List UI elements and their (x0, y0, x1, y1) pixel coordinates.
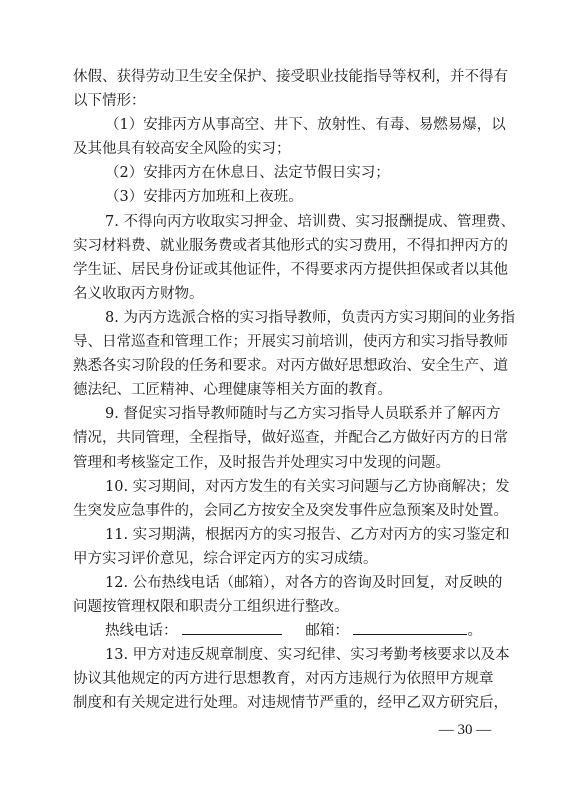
clause-7: 7. 不得向丙方收取实习押金、培训费、实习报酬提成、管理费、 (73, 210, 492, 234)
hotline-phone-blank[interactable] (182, 620, 282, 635)
document-page: 休假、获得劳动卫生安全保护、接受职业技能指导等权利，并不得有 以下情形： （1）… (0, 0, 566, 800)
list-item: （3）安排丙方加班和上夜班。 (73, 185, 492, 209)
clause-13: 13. 甲方对违反规章制度、实习纪律、实习考勤考核要求以及本 (73, 643, 492, 667)
text-line: 制度和有关规定进行处理。对违规情节严重的，经甲乙双方研究后， (73, 691, 492, 715)
text-line: 问题按管理权限和职责分工组织进行整改。 (73, 595, 492, 619)
text-line: 情况，共同管理，全程指导，做好巡查，并配合乙方做好丙方的日常 (73, 426, 492, 450)
list-item: （2）安排丙方在休息日、法定节假日实习； (73, 161, 492, 185)
page-number: — 30 — (430, 719, 500, 741)
hotline-email-label: 邮箱： (305, 623, 349, 639)
text-line: 甲方实习评价意见，综合评定丙方的实习成绩。 (73, 547, 492, 571)
clause-9: 9. 督促实习指导教师随时与乙方实习指导人员联系并了解丙方 (73, 402, 492, 426)
text-line: 休假、获得劳动卫生安全保护、接受职业技能指导等权利，并不得有 (73, 65, 492, 89)
hotline-email-blank[interactable] (353, 620, 467, 635)
text-line: 生突发应急事件的，会同乙方按安全及突发事件应急预案及时处置。 (73, 499, 492, 523)
text-line: 管理和考核鉴定工作，及时报告并处理实习中发现的问题。 (73, 451, 492, 475)
text-line: 及其他具有较高安全风险的实习； (73, 137, 492, 161)
text-line: 德法纪、工匠精神、心理健康等相关方面的教育。 (73, 378, 492, 402)
hotline-line: 热线电话： 邮箱： 。 (73, 619, 492, 643)
hotline-end-mark: 。 (467, 623, 482, 639)
hotline-phone-label: 热线电话： (105, 623, 178, 639)
clause-12: 12. 公布热线电话（邮箱），对各方的咨询及时回复，对反映的 (73, 571, 492, 595)
text-line: 协议其他规定的丙方进行思想教育，对丙方违规行为依照甲方规章 (73, 667, 492, 691)
clause-8: 8. 为丙方选派合格的实习指导教师，负责丙方实习期间的业务指 (73, 306, 492, 330)
list-item: （1）安排丙方从事高空、井下、放射性、有毒、易燃易爆，以 (73, 113, 492, 137)
text-line: 导、日常巡查和管理工作；开展实习前培训，使丙方和实习指导教师 (73, 330, 492, 354)
text-line: 以下情形： (73, 89, 492, 113)
clause-10: 10. 实习期间，对丙方发生的有关实习问题与乙方协商解决；发 (73, 475, 492, 499)
text-line: 名义收取丙方财物。 (73, 282, 492, 306)
text-line: 熟悉各实习阶段的任务和要求。对丙方做好思想政治、安全生产、道 (73, 354, 492, 378)
text-line: 学生证、居民身份证或其他证件，不得要求丙方提供担保或者以其他 (73, 258, 492, 282)
text-line: 实习材料费、就业服务费或者其他形式的实习费用，不得扣押丙方的 (73, 234, 492, 258)
clause-11: 11. 实习期满，根据丙方的实习报告、乙方对丙方的实习鉴定和 (73, 523, 492, 547)
